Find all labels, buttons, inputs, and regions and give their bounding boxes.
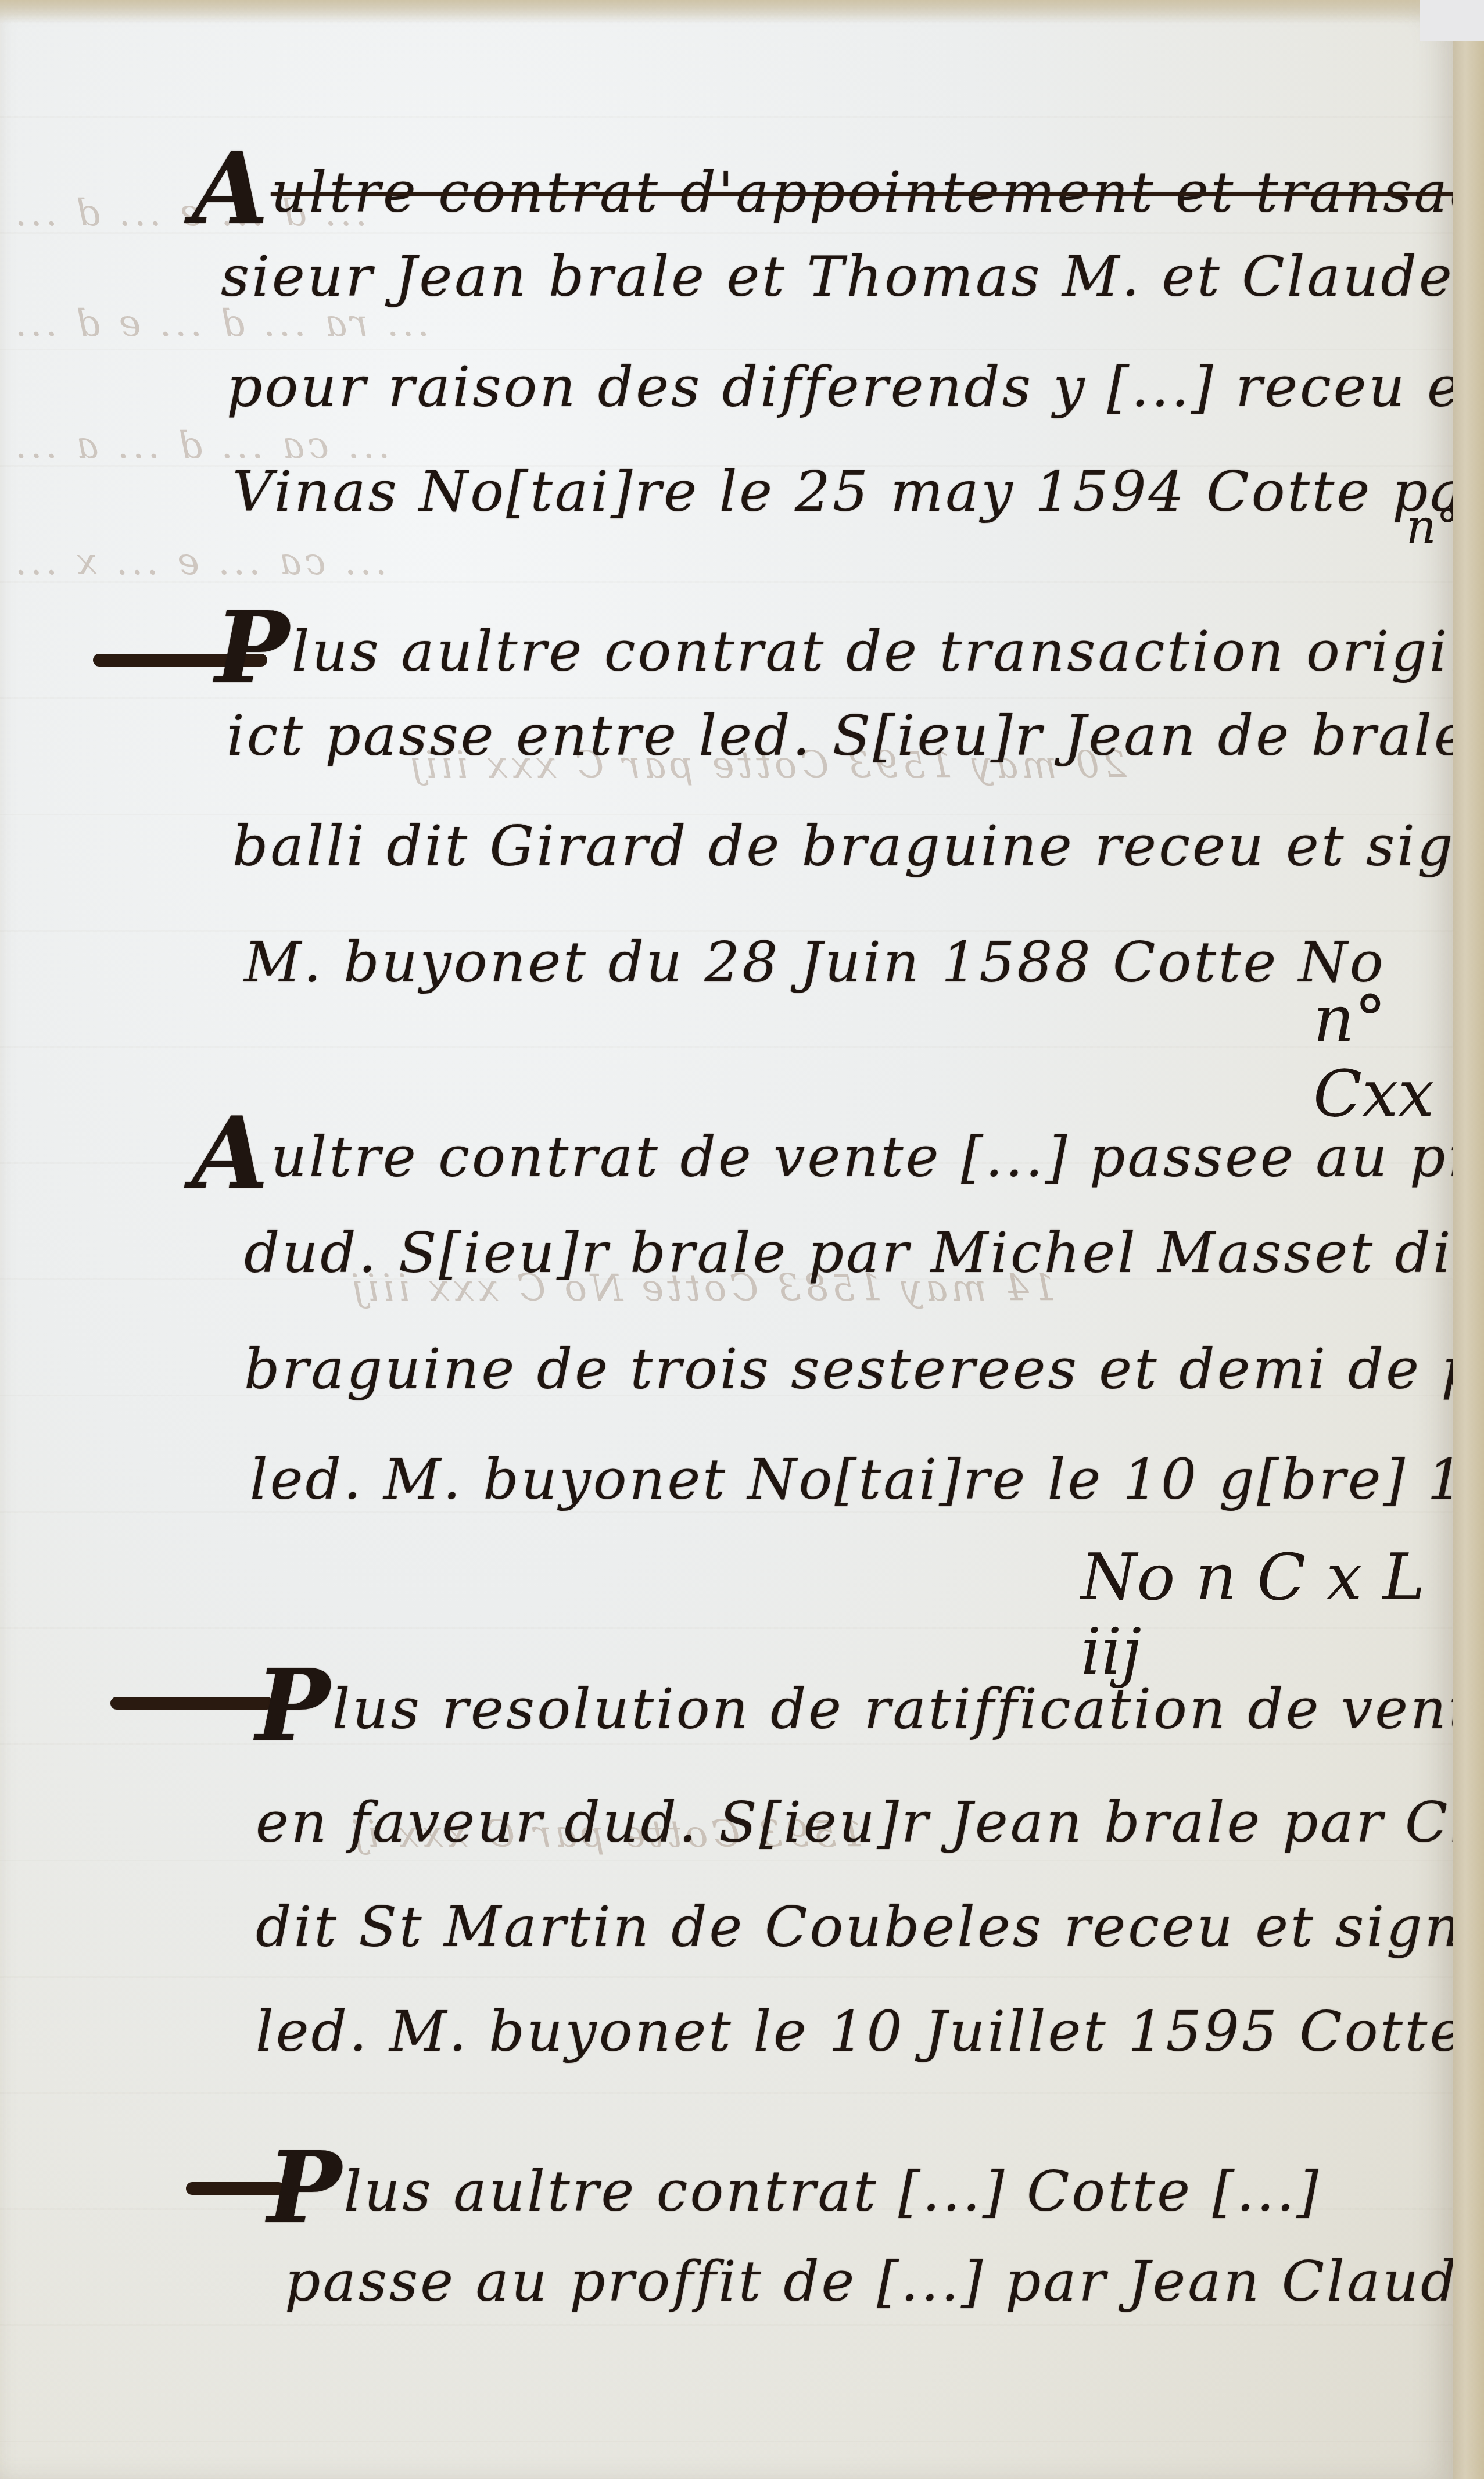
bleed-through-line: ... ca ... e ... x ... — [12, 540, 387, 583]
entry-4-margin-stroke — [110, 1697, 273, 1710]
entry-3-line-1: Aultre contrat de vente [...] passee au … — [192, 1092, 1484, 1191]
entry-1-line-4: Vinas No[tai]re le 25 may 1594 Cotte par… — [232, 459, 1484, 524]
entry-1-initial: A — [192, 139, 271, 238]
entry-4-line-3: dit St Martin de Coubeles receu et signe… — [256, 1894, 1484, 1959]
manuscript-page: ... d ... e ... d ... ... ra ... d ... e… — [0, 0, 1453, 2479]
entry-2-line-2: ict passe entre led. S[ieu]r Jean de bra… — [227, 703, 1484, 768]
entry-3-line-2: dud. S[ieu]r brale par Michel Masset dit… — [244, 1220, 1484, 1285]
background-top-right — [1420, 0, 1484, 41]
entry-1-line-1: Aultre contrat d'appointement et transac… — [192, 128, 1484, 227]
entry-3-initial: A — [192, 1104, 271, 1203]
entry-2-line-4: M. buyonet du 28 Juin 1588 Cotte No — [244, 930, 1386, 995]
entry-5-initial: P — [267, 2138, 344, 2237]
entry-2-initial: P — [215, 599, 292, 697]
entry-1-line-2: sieur Jean brale et Thomas M. et Claude … — [221, 244, 1484, 309]
page-top-edge — [0, 0, 1453, 23]
entry-5-line-2: passe au proffit de [...] par Jean Claud… — [285, 2249, 1484, 2314]
entry-3-line-4: led. M. buyonet No[tai]re le 10 g[bre] 1… — [250, 1447, 1484, 1512]
entry-4-initial: P — [256, 1656, 332, 1755]
entry-3-line-3: braguine de trois sesterees et demi de p… — [244, 1337, 1484, 1402]
entry-2-line-3: balli dit Girard de braguine receu et si… — [232, 814, 1484, 879]
book-gutter-edge — [1453, 41, 1484, 2479]
entry-4-line-1: Plus resolution de ratiffication de vent… — [256, 1645, 1484, 1743]
entry-5-line-1: Plus aultre contrat [...] Cotte [...] — [267, 2127, 1321, 2226]
entry-1-line-3: pour raison des differends y [...] receu… — [227, 354, 1484, 420]
entry-2-line-1: Plus aultre contrat de transaction origi… — [215, 587, 1484, 686]
entry-4-line-2: en faveur dud. S[ieu]r Jean brale par Cl… — [256, 1790, 1484, 1855]
entry-4-line-4: led. M. buyonet le 10 Juillet 1595 Cotte… — [256, 1999, 1484, 2064]
entry-1-cote: n° — [1406, 500, 1460, 554]
